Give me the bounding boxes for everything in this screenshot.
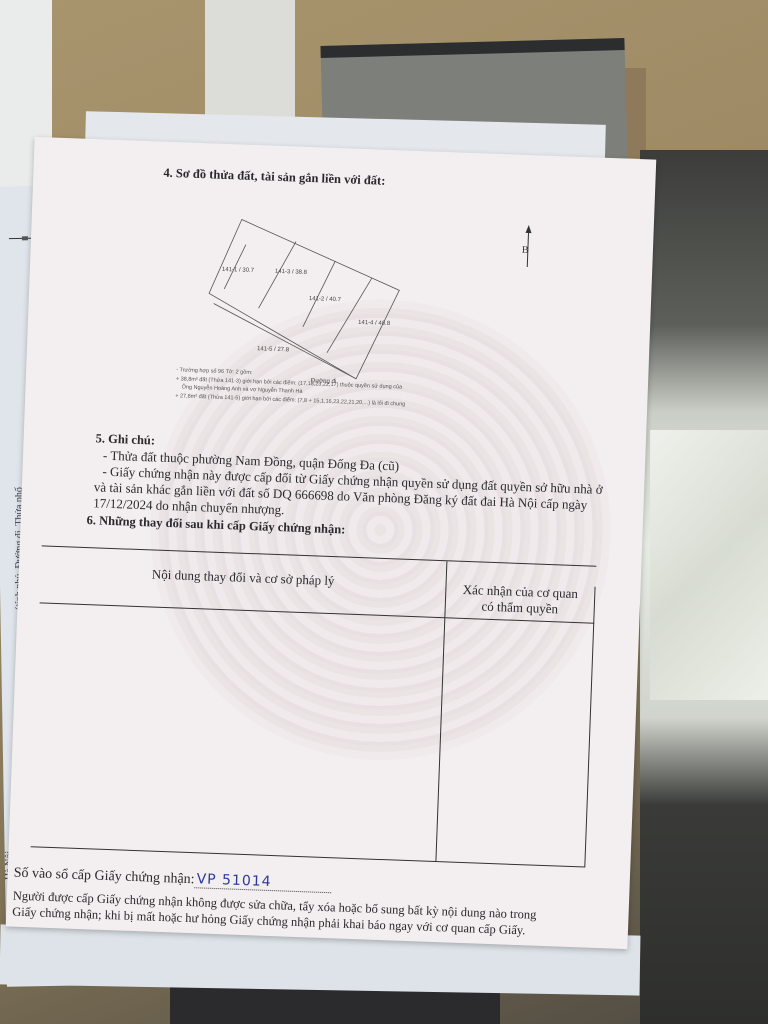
table-column-divider — [435, 561, 447, 861]
registry-number-row: Số vào sổ cấp Giấy chứng nhận:VP 51014 — [13, 865, 331, 894]
svg-text:141-2 / 40.7: 141-2 / 40.7 — [309, 296, 342, 303]
white-object — [205, 0, 295, 130]
north-label: B — [522, 245, 529, 256]
table-header-content: Nội dung thay đổi và cơ sở pháp lý — [41, 562, 446, 593]
svg-text:141-3 / 38.8: 141-3 / 38.8 — [275, 269, 308, 276]
svg-text:141-1 / 30.7: 141-1 / 30.7 — [222, 267, 255, 274]
section-4-title: 4. Sơ đồ thửa đất, tài sản gắn liền với … — [163, 166, 385, 189]
svg-text:141-4 / 40.8: 141-4 / 40.8 — [358, 320, 391, 327]
section-5-title: 5. Ghi chú: — [95, 431, 155, 448]
certificate-page: 4. Sơ đồ thửa đất, tài sản gắn liền với … — [6, 137, 657, 949]
registry-number-handwritten: VP 51014 — [194, 871, 332, 893]
changes-table: Nội dung thay đổi và cơ sở pháp lý Xác n… — [31, 545, 597, 867]
plastic-sleeve-shine — [650, 430, 768, 700]
svg-text:141-5 / 27.8: 141-5 / 27.8 — [257, 346, 290, 353]
registry-label: Số vào sổ cấp Giấy chứng nhận: — [13, 866, 194, 888]
table-right-border — [584, 587, 595, 867]
